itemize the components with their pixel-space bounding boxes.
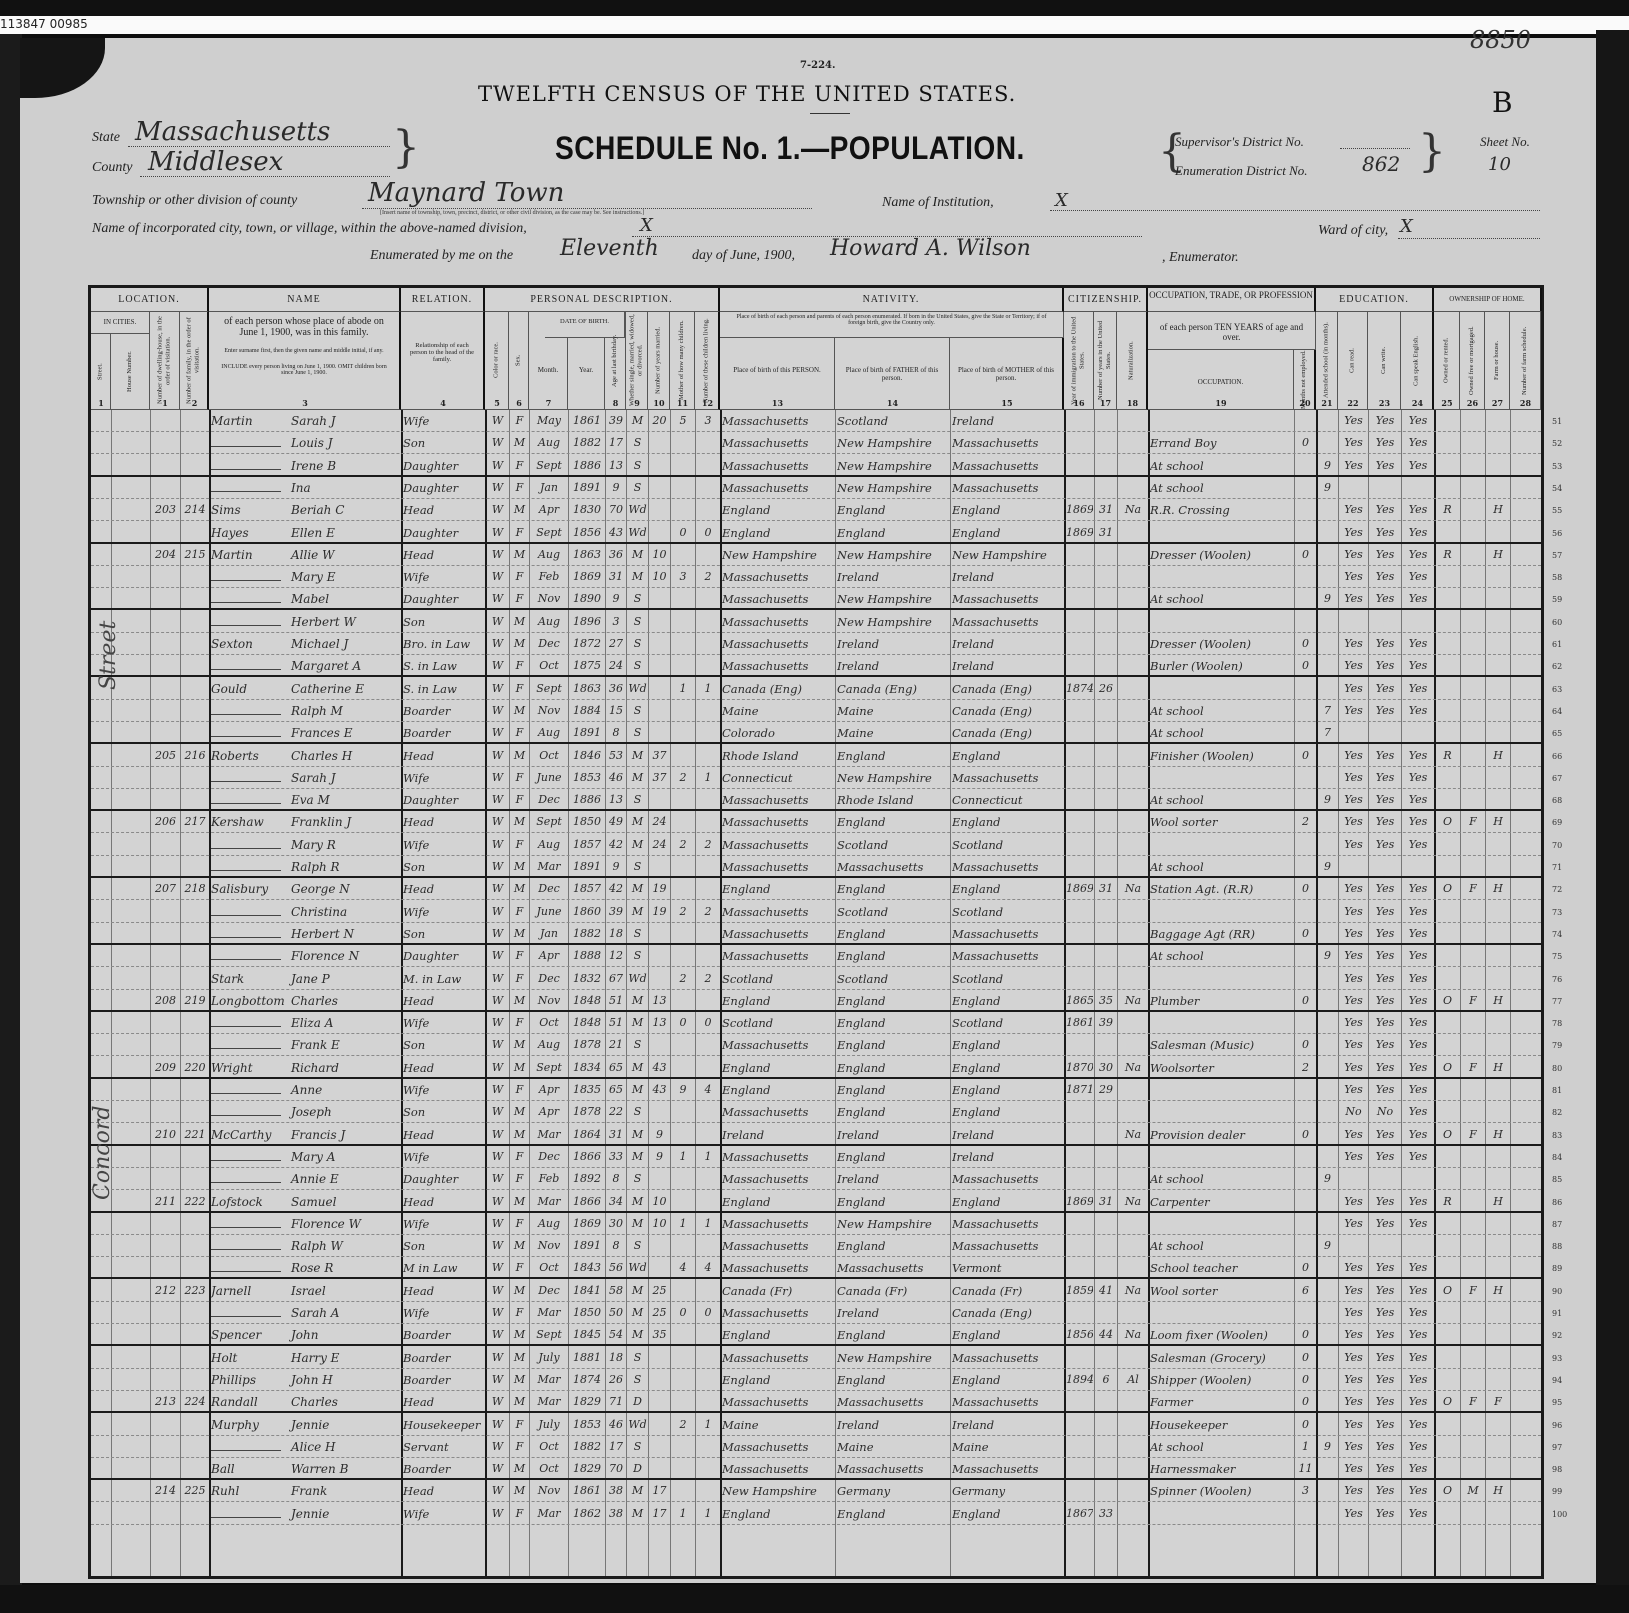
cell-ms: M xyxy=(628,1146,647,1168)
cell-mb: Ireland xyxy=(952,1414,1063,1436)
column-header-fh: Farm or house. xyxy=(1485,312,1510,410)
cell-imm xyxy=(1066,745,1093,767)
cell-imm xyxy=(1066,455,1093,477)
cell-own xyxy=(1436,1012,1459,1034)
cell-imm xyxy=(1066,1124,1093,1146)
cell-occ xyxy=(1150,611,1293,633)
cell-sch xyxy=(1318,1257,1337,1279)
cell-occ: Wool sorter xyxy=(1150,1280,1293,1302)
cell-fm xyxy=(1462,1503,1484,1525)
cell-fh xyxy=(1487,566,1509,588)
surname xyxy=(211,1036,281,1049)
cell-own: R xyxy=(1436,544,1459,566)
cell-cl xyxy=(697,455,719,477)
cell-fm xyxy=(1462,722,1484,744)
cell-sch xyxy=(1318,1302,1337,1324)
given-name: Alice H xyxy=(291,1440,335,1454)
header-personal-description: PERSONAL DESCRIPTION. xyxy=(485,288,720,312)
cell-fh xyxy=(1487,789,1509,811)
cell-age: 56 xyxy=(607,1257,625,1279)
cell-imm xyxy=(1066,410,1093,432)
cell-occ: At school xyxy=(1150,588,1293,610)
cell-occ xyxy=(1150,968,1293,990)
name-instruction-1: Enter surname first, then the given name… xyxy=(219,348,389,354)
line-number: 57 xyxy=(1552,551,1562,560)
cell-sch xyxy=(1318,901,1337,923)
cell-yus: 30 xyxy=(1096,1057,1116,1079)
cell-dw xyxy=(152,767,179,789)
cell-sex: F xyxy=(511,1257,528,1279)
cell-fam xyxy=(182,477,208,499)
cell-en: Yes xyxy=(1403,633,1433,655)
table-row: Mary RWifeWFAug185742M2422MassachusettsS… xyxy=(91,834,1541,856)
cell-fam xyxy=(182,1235,208,1257)
cell-dw xyxy=(152,566,179,588)
cell-imm xyxy=(1066,856,1093,878)
cell-nat xyxy=(1119,432,1147,454)
cell-age: 17 xyxy=(607,432,625,454)
cell-pb: England xyxy=(722,878,834,900)
cell-mo: Apr xyxy=(531,945,567,967)
cell-wr: Yes xyxy=(1370,1480,1400,1502)
header-nativity-desc: Place of birth of each person and parent… xyxy=(720,312,1064,338)
cell-own xyxy=(1436,856,1459,878)
cell-own: R xyxy=(1436,1191,1459,1213)
cell-cl xyxy=(697,811,719,833)
cell-fb: New Hampshire xyxy=(837,477,949,499)
name-cell: RobertsCharles H xyxy=(211,745,399,767)
cell-en: Yes xyxy=(1403,1213,1433,1235)
cell-sch: 9 xyxy=(1318,588,1337,610)
cell-mne xyxy=(1296,1302,1315,1324)
cell-yus xyxy=(1096,455,1116,477)
cell-en: Yes xyxy=(1403,544,1433,566)
cell-ym: 10 xyxy=(650,566,669,588)
column-header-label: Farm or house. xyxy=(1485,312,1509,409)
cell-rd: Yes xyxy=(1340,1079,1367,1101)
cell-imm: 1869 xyxy=(1066,499,1093,521)
cell-mb: Ireland xyxy=(952,410,1063,432)
name-cell: SpencerJohn xyxy=(211,1324,399,1346)
cell-own xyxy=(1436,588,1459,610)
cell-ms: M xyxy=(628,1480,647,1502)
cell-yr: 1861 xyxy=(570,410,604,432)
column-header-label: Can read. xyxy=(1338,312,1367,409)
cell-fam xyxy=(182,1324,208,1346)
cell-age: 46 xyxy=(607,767,625,789)
cell-own xyxy=(1436,611,1459,633)
cell-fh xyxy=(1487,1324,1509,1346)
name-cell: Ralph M xyxy=(211,700,399,722)
cell-mc xyxy=(672,700,694,722)
cell-occ xyxy=(1150,1302,1293,1324)
column-header-race: Color or race. xyxy=(485,312,509,410)
cell-race: W xyxy=(487,1347,508,1369)
cell-sch xyxy=(1318,410,1337,432)
cell-dw xyxy=(152,1034,179,1056)
cell-cl xyxy=(697,745,719,767)
cell-fam: 215 xyxy=(182,544,208,566)
cell-mb: Massachusetts xyxy=(952,1235,1063,1257)
cell-age: 46 xyxy=(607,1414,625,1436)
cell-mb: Massachusetts xyxy=(952,1347,1063,1369)
cell-sex: M xyxy=(511,1369,528,1391)
cell-yus xyxy=(1096,1414,1116,1436)
cell-own xyxy=(1436,1324,1459,1346)
cell-fh xyxy=(1487,1101,1509,1123)
cell-rd: Yes xyxy=(1340,990,1367,1012)
cell-fh xyxy=(1487,722,1509,744)
name-cell: JarnellIsrael xyxy=(211,1280,399,1302)
cell-own xyxy=(1436,1034,1459,1056)
cell-cl xyxy=(697,499,719,521)
cell-age: 58 xyxy=(607,1280,625,1302)
cell-mc xyxy=(672,1347,694,1369)
cell-dw xyxy=(152,700,179,722)
surname: Gould xyxy=(211,678,291,700)
line-number: 64 xyxy=(1552,707,1562,716)
table-row: Florence NDaughterWFApr188812SMassachuse… xyxy=(91,945,1541,967)
cell-yus xyxy=(1096,1124,1116,1146)
cell-cl: 3 xyxy=(697,410,719,432)
cell-fm xyxy=(1462,499,1484,521)
cell-imm: 1865 xyxy=(1066,990,1093,1012)
cell-mne: 0 xyxy=(1296,655,1315,677)
cell-occ: Dresser (Woolen) xyxy=(1150,544,1293,566)
column-header-sex: Sex. xyxy=(509,312,529,410)
cell-ym xyxy=(650,1436,669,1458)
cell-occ xyxy=(1150,767,1293,789)
cell-own: O xyxy=(1436,811,1459,833)
cell-pb: Massachusetts xyxy=(722,1257,834,1279)
cell-nat xyxy=(1119,1391,1147,1413)
cell-rel: Head xyxy=(403,1124,484,1146)
cell-fh xyxy=(1487,923,1509,945)
cell-age: 9 xyxy=(607,588,625,610)
cell-mne: 0 xyxy=(1296,923,1315,945)
table-row: Ralph RSonWMMar18919SMassachusettsMassac… xyxy=(91,856,1541,878)
cell-race: W xyxy=(487,700,508,722)
cell-rel: Head xyxy=(403,878,484,900)
cell-mne: 0 xyxy=(1296,432,1315,454)
cell-pb: Canada (Fr) xyxy=(722,1280,834,1302)
cell-yr: 1857 xyxy=(570,834,604,856)
cell-mc: 1 xyxy=(672,678,694,700)
cell-rel: Housekeeper xyxy=(403,1414,484,1436)
cell-fam xyxy=(182,1012,208,1034)
table-row: 209220WrightRichardHeadWMSept183465M43En… xyxy=(91,1057,1541,1079)
cell-mo: Aug xyxy=(531,1034,567,1056)
cell-fm xyxy=(1462,1257,1484,1279)
cell-mc: 0 xyxy=(672,1302,694,1324)
cell-en: Yes xyxy=(1403,878,1433,900)
cell-nat xyxy=(1119,1302,1147,1324)
cell-own xyxy=(1436,432,1459,454)
cell-fam xyxy=(182,1503,208,1525)
cell-sex: F xyxy=(511,678,528,700)
cell-pb: Massachusetts xyxy=(722,1168,834,1190)
cell-cl xyxy=(697,1347,719,1369)
header-education: EDUCATION. xyxy=(1316,288,1434,312)
column-header-yus: Number of years in the United States. xyxy=(1094,312,1117,410)
cell-mo: Feb xyxy=(531,566,567,588)
cell-sex: F xyxy=(511,1414,528,1436)
name-cell: MartinAllie W xyxy=(211,544,399,566)
cell-cl xyxy=(697,1391,719,1413)
line-number: 56 xyxy=(1552,529,1562,538)
cell-ms: S xyxy=(628,1235,647,1257)
cell-pb: Massachusetts xyxy=(722,811,834,833)
given-name: Catherine E xyxy=(291,682,364,696)
enumerated-prefix: Enumerated by me on the xyxy=(370,248,513,264)
surname: Ball xyxy=(211,1458,291,1480)
cell-ms: Wd xyxy=(628,522,647,544)
cell-cl: 1 xyxy=(697,1414,719,1436)
cell-age: 65 xyxy=(607,1079,625,1101)
cell-cl xyxy=(697,1191,719,1213)
cell-cl xyxy=(697,1124,719,1146)
cell-ym: 13 xyxy=(650,990,669,1012)
cell-rd: Yes xyxy=(1340,1280,1367,1302)
cell-cl: 4 xyxy=(697,1257,719,1279)
cell-mo: Aug xyxy=(531,1213,567,1235)
cell-sex: M xyxy=(511,1235,528,1257)
cell-yr: 1881 xyxy=(570,1347,604,1369)
cell-dw: 213 xyxy=(152,1391,179,1413)
cell-fh xyxy=(1487,477,1509,499)
cell-sex: M xyxy=(511,700,528,722)
cell-sch xyxy=(1318,1146,1337,1168)
cell-sch xyxy=(1318,878,1337,900)
cell-sch xyxy=(1318,1503,1337,1525)
cell-mo: Aug xyxy=(531,834,567,856)
given-name: Ralph W xyxy=(291,1239,343,1253)
cell-sch xyxy=(1318,1324,1337,1346)
institution-line xyxy=(1050,210,1540,211)
cell-ms: M xyxy=(628,544,647,566)
cell-mb: Ireland xyxy=(952,655,1063,677)
cell-ms: Wd xyxy=(628,1257,647,1279)
cell-sch xyxy=(1318,611,1337,633)
scan-left-border xyxy=(0,34,22,1613)
cell-occ: Carpenter xyxy=(1150,1191,1293,1213)
cell-ym xyxy=(650,856,669,878)
enumerator-suffix: , Enumerator. xyxy=(1162,250,1239,266)
cell-fh: H xyxy=(1487,544,1509,566)
cell-own xyxy=(1436,477,1459,499)
surname xyxy=(211,657,281,670)
cell-nat xyxy=(1119,923,1147,945)
cell-rd: Yes xyxy=(1340,700,1367,722)
cell-fb: Rhode Island xyxy=(837,789,949,811)
cell-fam xyxy=(182,834,208,856)
cell-cl xyxy=(697,700,719,722)
cell-race: W xyxy=(487,811,508,833)
enumerator-name: Howard A. Wilson xyxy=(830,236,1031,261)
cell-dw xyxy=(152,1503,179,1525)
line-number: 62 xyxy=(1552,662,1562,671)
cell-age: 36 xyxy=(607,678,625,700)
cell-sex: F xyxy=(511,1302,528,1324)
cell-fm xyxy=(1462,655,1484,677)
cell-own xyxy=(1436,1257,1459,1279)
cell-fh xyxy=(1487,1414,1509,1436)
cell-imm xyxy=(1066,923,1093,945)
cell-sch: 9 xyxy=(1318,856,1337,878)
cell-mc xyxy=(672,544,694,566)
line-number: 100 xyxy=(1552,1510,1567,1519)
cell-ms: S xyxy=(628,856,647,878)
cell-sex: M xyxy=(511,811,528,833)
name-cell: McCarthyFrancis J xyxy=(211,1124,399,1146)
cell-mb: England xyxy=(952,1057,1063,1079)
cell-wr: Yes xyxy=(1370,544,1400,566)
cell-yus: 39 xyxy=(1096,1012,1116,1034)
cell-yr: 1848 xyxy=(570,990,604,1012)
cell-fam xyxy=(182,566,208,588)
cell-en: Yes xyxy=(1403,901,1433,923)
table-row: MabelDaughterWFNov18909SMassachusettsNew… xyxy=(91,588,1541,610)
column-number: 27 xyxy=(1485,398,1510,408)
line-number: 51 xyxy=(1552,417,1562,426)
cell-fh xyxy=(1487,856,1509,878)
cell-pb: Massachusetts xyxy=(722,1436,834,1458)
cell-fm xyxy=(1462,1146,1484,1168)
cell-race: W xyxy=(487,655,508,677)
cell-ym: 35 xyxy=(650,1324,669,1346)
name-cell: Mary R xyxy=(211,834,399,856)
cell-mne xyxy=(1296,588,1315,610)
name-cell: Christina xyxy=(211,901,399,923)
cell-dw xyxy=(152,901,179,923)
name-cell: Ralph W xyxy=(211,1235,399,1257)
cell-en: Yes xyxy=(1403,1146,1433,1168)
column-header-label: Attended school (in months). xyxy=(1316,312,1337,409)
cell-fh xyxy=(1487,1503,1509,1525)
given-name: Allie W xyxy=(291,548,334,562)
table-row: Annie EDaughterWFFeb18928SMassachusettsI… xyxy=(91,1168,1541,1190)
cell-fh xyxy=(1487,1034,1509,1056)
cell-race: W xyxy=(487,1302,508,1324)
cell-ym xyxy=(650,722,669,744)
cell-sch xyxy=(1318,1280,1337,1302)
cell-race: W xyxy=(487,410,508,432)
cell-yr: 1857 xyxy=(570,878,604,900)
cell-ym: 10 xyxy=(650,1213,669,1235)
cell-cl: 1 xyxy=(697,767,719,789)
cell-fh xyxy=(1487,588,1509,610)
cell-pb: Massachusetts xyxy=(722,455,834,477)
cell-pb: Massachusetts xyxy=(722,633,834,655)
header-in-cities: IN CITIES. xyxy=(91,312,150,334)
cell-mb: Massachusetts xyxy=(952,1391,1063,1413)
cell-mc xyxy=(672,611,694,633)
cell-race: W xyxy=(487,1257,508,1279)
cell-mo: Nov xyxy=(531,700,567,722)
cell-cl: 0 xyxy=(697,1302,719,1324)
cell-yus: 29 xyxy=(1096,1079,1116,1101)
cell-race: W xyxy=(487,923,508,945)
given-name: Eliza A xyxy=(291,1016,333,1030)
cell-fm: F xyxy=(1462,1391,1484,1413)
cell-yr: 1888 xyxy=(570,945,604,967)
schedule-title: SCHEDULE No. 1.—POPULATION. xyxy=(555,130,1025,167)
cell-dw xyxy=(152,1101,179,1123)
given-name: Herbert W xyxy=(291,615,356,629)
cell-ms: S xyxy=(628,633,647,655)
cell-fam xyxy=(182,945,208,967)
cell-fam: 224 xyxy=(182,1391,208,1413)
cell-en: Yes xyxy=(1403,1503,1433,1525)
cell-nat xyxy=(1119,1347,1147,1369)
cell-ms: M xyxy=(628,901,647,923)
cell-fh: H xyxy=(1487,990,1509,1012)
cell-mne: 0 xyxy=(1296,990,1315,1012)
given-name: Charles H xyxy=(291,749,352,763)
cell-yus xyxy=(1096,1302,1116,1324)
cell-sex: M xyxy=(511,1391,528,1413)
cell-mb: Scotland xyxy=(952,834,1063,856)
table-row: 203214SimsBeriah CHeadWMApr183070WdEngla… xyxy=(91,499,1541,521)
cell-dw xyxy=(152,1079,179,1101)
cell-wr: Yes xyxy=(1370,1458,1400,1480)
cell-yus xyxy=(1096,1213,1116,1235)
cell-en: Yes xyxy=(1403,945,1433,967)
cell-fm xyxy=(1462,455,1484,477)
cell-yr: 1890 xyxy=(570,588,604,610)
cell-ms: S xyxy=(628,1034,647,1056)
given-name: John xyxy=(291,1328,319,1342)
line-number: 67 xyxy=(1552,774,1562,783)
cell-pb: Massachusetts xyxy=(722,477,834,499)
cell-ym: 19 xyxy=(650,878,669,900)
table-row: Mary AWifeWFDec186633M911MassachusettsEn… xyxy=(91,1146,1541,1168)
cell-nat xyxy=(1119,678,1147,700)
cell-age: 8 xyxy=(607,1235,625,1257)
cell-rd: Yes xyxy=(1340,811,1367,833)
name-cell: Sarah J xyxy=(211,767,399,789)
table-row: 207218SalisburyGeorge NHeadWMDec185742M1… xyxy=(91,878,1541,900)
cell-nat: Na xyxy=(1119,1324,1147,1346)
city-label: Name of incorporated city, town, or vill… xyxy=(92,221,527,237)
cell-nat xyxy=(1119,522,1147,544)
cell-wr: Yes xyxy=(1370,410,1400,432)
name-cell: LofstockSamuel xyxy=(211,1191,399,1213)
cell-fm xyxy=(1462,1191,1484,1213)
cell-imm: 1861 xyxy=(1066,1012,1093,1034)
cell-imm xyxy=(1066,789,1093,811)
cell-sex: F xyxy=(511,655,528,677)
cell-mc xyxy=(672,789,694,811)
cell-mne xyxy=(1296,1146,1315,1168)
cell-fb: Massachusetts xyxy=(837,1458,949,1480)
cell-mb: England xyxy=(952,1101,1063,1123)
cell-mc xyxy=(672,1101,694,1123)
line-number: 95 xyxy=(1552,1398,1562,1407)
cell-fb: Canada (Fr) xyxy=(837,1280,949,1302)
cell-race: W xyxy=(487,1034,508,1056)
cell-pb: Massachusetts xyxy=(722,1302,834,1324)
table-row: 212223JarnellIsraelHeadWMDec184158M25Can… xyxy=(91,1280,1541,1302)
cell-sch xyxy=(1318,1347,1337,1369)
cell-en: Yes xyxy=(1403,1391,1433,1413)
cell-pb: England xyxy=(722,1191,834,1213)
cell-ms: S xyxy=(628,700,647,722)
table-row: Herbert NSonWMJan188218SMassachusettsEng… xyxy=(91,923,1541,945)
cell-rd: Yes xyxy=(1340,499,1367,521)
cell-sch: 7 xyxy=(1318,700,1337,722)
cell-wr: Yes xyxy=(1370,789,1400,811)
